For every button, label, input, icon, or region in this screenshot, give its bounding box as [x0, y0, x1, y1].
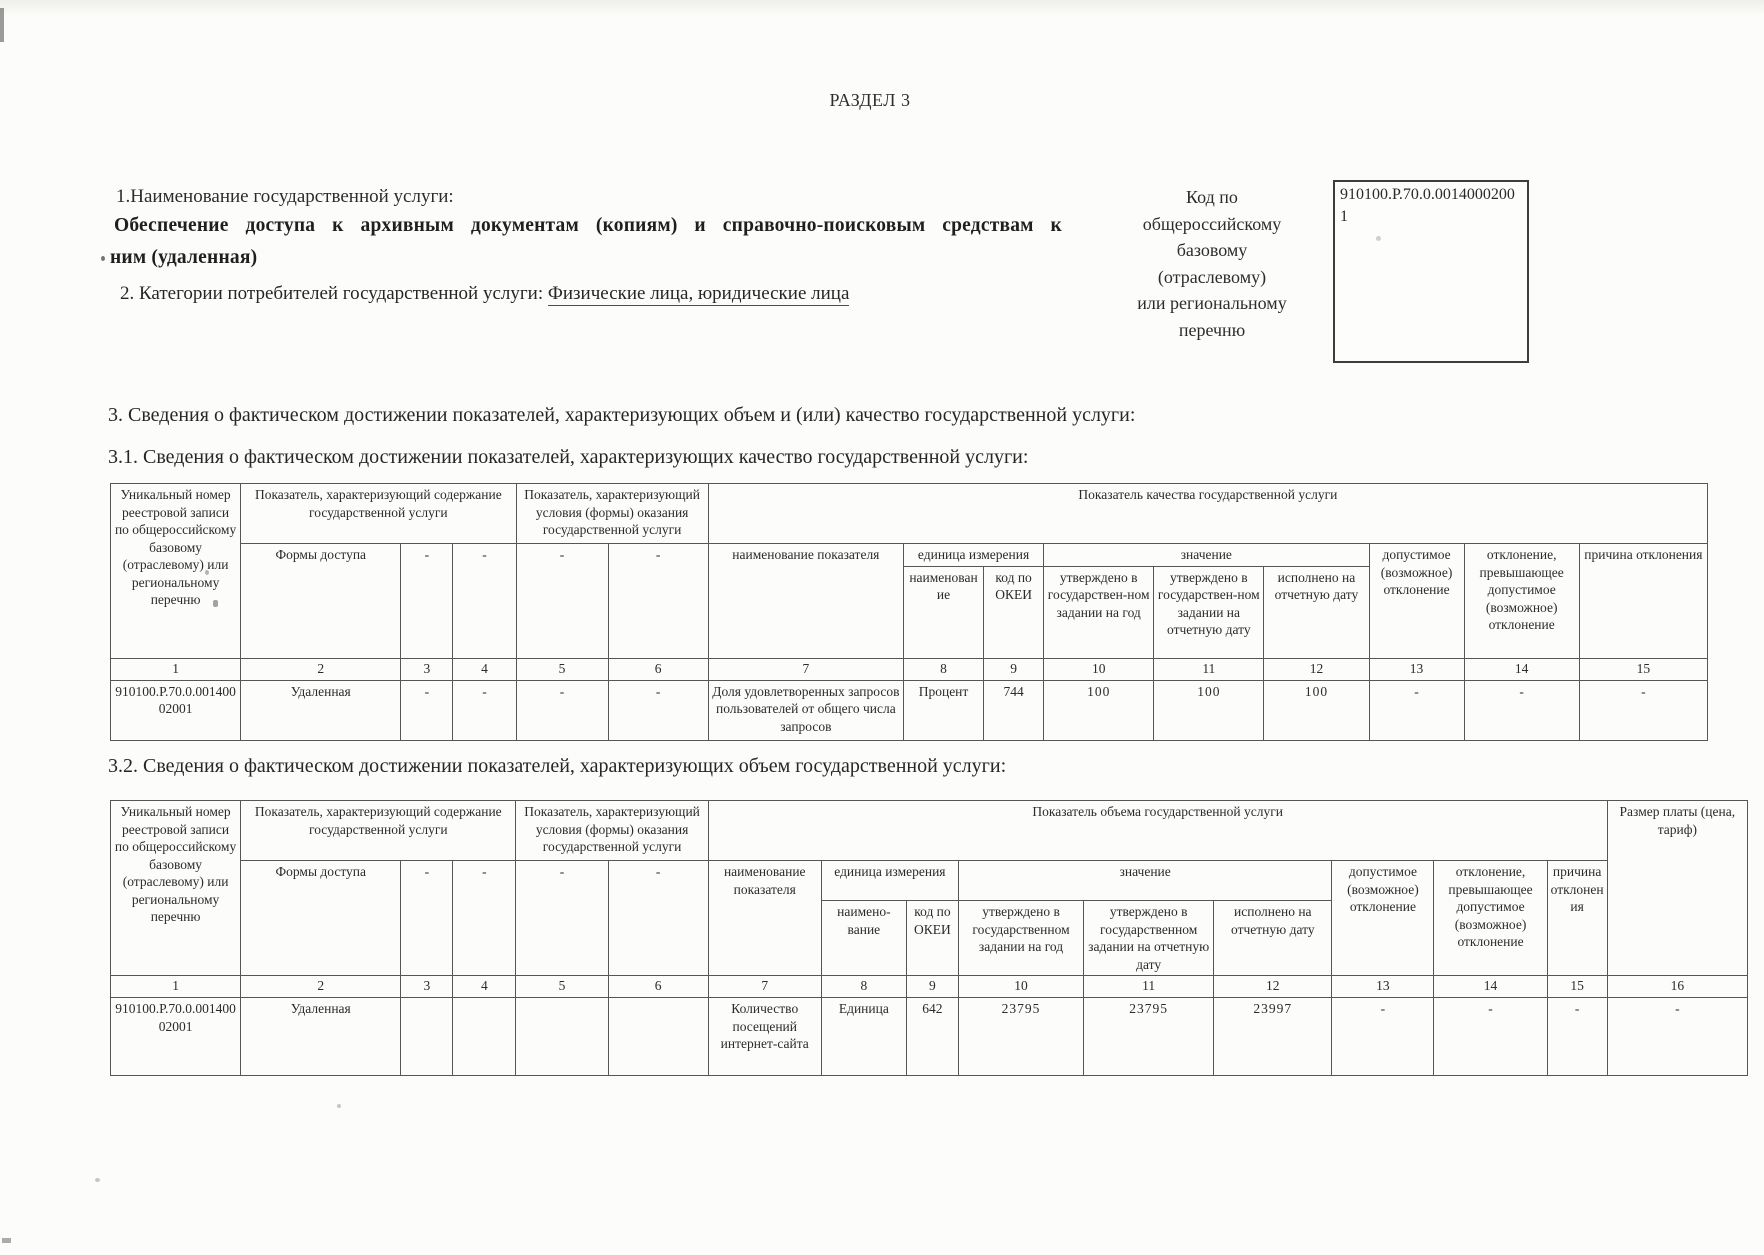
th-access-forms: Формы доступа	[241, 544, 401, 659]
page-title: РАЗДЕЛ 3	[0, 90, 1740, 111]
th-deviation-reason: причина отклонения	[1547, 861, 1607, 976]
cell-executed: 100	[1264, 680, 1369, 740]
cell-indicator: Доля удовлетворенных запросов пользовате…	[708, 680, 903, 740]
col-number: 7	[708, 976, 821, 998]
col-number: 5	[516, 658, 608, 680]
th-unit-code: код по ОКЕИ	[984, 566, 1044, 658]
col-number: 10	[958, 976, 1083, 998]
col-number: 1	[111, 976, 241, 998]
cell-empty	[608, 998, 708, 1076]
th-unit-code: код по ОКЕИ	[906, 901, 958, 976]
col-number: 4	[453, 658, 516, 680]
col-number: 14	[1464, 658, 1579, 680]
col-number: 1	[111, 658, 241, 680]
th-access-forms: Формы доступа	[241, 861, 401, 976]
th-unit-name: наимено-вание	[821, 901, 906, 976]
col-number: 12	[1214, 976, 1332, 998]
col-number: 14	[1434, 976, 1547, 998]
cell-unit-name: Процент	[903, 680, 983, 740]
section-3-1-title: 3.1. Сведения о фактическом достижении п…	[108, 446, 1028, 469]
th-content-group: Показатель, характеризующий содержание г…	[241, 484, 516, 544]
th-indicator-name: наименование показателя	[708, 544, 903, 659]
col-number: 13	[1369, 658, 1464, 680]
th-dash: -	[453, 861, 516, 976]
cell-empty	[401, 998, 453, 1076]
code-label: Код по общероссийскому базовому (отрасле…	[1088, 184, 1336, 343]
th-deviation-reason: причина отклонения	[1579, 544, 1707, 659]
th-approved-date: утверждено в государственном задании на …	[1084, 901, 1214, 976]
th-indicator-name: наименование показателя	[708, 861, 821, 976]
cell-unit-name: Единица	[821, 998, 906, 1076]
cell-unit-code: 642	[906, 998, 958, 1076]
service-name-label: 1.Наименование государственной услуги:	[116, 186, 454, 208]
cell-executed: 23997	[1214, 998, 1332, 1076]
th-executed: исполнено на отчетную дату	[1264, 566, 1369, 658]
th-value-group: значение	[958, 861, 1331, 901]
code-value: 910100.Р.70.0.00140002001	[1340, 186, 1515, 225]
col-number: 11	[1154, 658, 1264, 680]
th-dash: -	[453, 544, 516, 659]
th-dash: -	[401, 861, 453, 976]
th-dash: -	[516, 544, 608, 659]
th-dash: -	[608, 861, 708, 976]
service-name-line1: Обеспечение доступа к архивным документа…	[114, 215, 1062, 237]
th-payment: Размер платы (цена, тариф)	[1607, 801, 1747, 976]
th-dash: -	[608, 544, 708, 659]
cell-dash: -	[1579, 680, 1707, 740]
cell-empty	[453, 998, 516, 1076]
cell-unit-code: 744	[984, 680, 1044, 740]
th-allowed-deviation: допустимое (возможное) отклонение	[1332, 861, 1434, 976]
scan-artifact	[1376, 236, 1381, 241]
cell-registry: 910100.Р.70.0.00140002001	[111, 680, 241, 740]
th-content-group: Показатель, характеризующий содержание г…	[241, 801, 516, 861]
cell-dash: -	[1607, 998, 1747, 1076]
th-unit-name: наименование	[903, 566, 983, 658]
th-exceeding-deviation: отклонение, превышающее допустимое (возм…	[1434, 861, 1547, 976]
col-number: 5	[516, 976, 608, 998]
th-exceeding-deviation: отклонение, превышающее допустимое (возм…	[1464, 544, 1579, 659]
scan-artifact	[0, 8, 4, 42]
section-3-title: 3. Сведения о фактическом достижении пок…	[108, 404, 1135, 427]
col-number: 2	[241, 976, 401, 998]
th-executed: исполнено на отчетную дату	[1214, 901, 1332, 976]
th-unit-group: единица измерения	[903, 544, 1043, 567]
col-number: 12	[1264, 658, 1369, 680]
cell-empty	[516, 998, 608, 1076]
col-number: 16	[1607, 976, 1747, 998]
th-allowed-deviation: допустимое (возможное) отклонение	[1369, 544, 1464, 659]
col-number: 8	[903, 658, 983, 680]
scan-artifact	[337, 1104, 341, 1108]
col-number: 15	[1547, 976, 1607, 998]
cell-dash: -	[608, 680, 708, 740]
cell-access-form: Удаленная	[241, 680, 401, 740]
section-3-2-title: 3.2. Сведения о фактическом достижении п…	[108, 755, 1006, 778]
col-number: 6	[608, 976, 708, 998]
col-number: 6	[608, 658, 708, 680]
cell-registry: 910100.Р.70.0.00140002001	[111, 998, 241, 1076]
col-number: 9	[906, 976, 958, 998]
th-volume-group: Показатель объема государственной услуги	[708, 801, 1607, 861]
cell-dash: -	[1464, 680, 1579, 740]
col-number: 3	[401, 658, 453, 680]
th-conditions-group: Показатель, характеризующий условия (фор…	[516, 801, 708, 861]
col-number: 8	[821, 976, 906, 998]
th-dash: -	[401, 544, 453, 659]
col-number: 7	[708, 658, 903, 680]
col-number: 15	[1579, 658, 1707, 680]
consumers-label: 2. Категории потребителей государственно…	[120, 283, 543, 304]
cell-dash: -	[516, 680, 608, 740]
cell-approved-year: 100	[1044, 680, 1154, 740]
service-name-line2: ним (удаленная)	[110, 247, 257, 269]
th-registry-number: Уникальный номер реестровой записи по об…	[111, 484, 241, 659]
th-registry-number: Уникальный номер реестровой записи по об…	[111, 801, 241, 976]
scan-artifact	[2, 1238, 11, 1243]
quality-table: Уникальный номер реестровой записи по об…	[110, 483, 1708, 741]
th-dash: -	[516, 861, 608, 976]
scan-artifact	[101, 256, 105, 261]
cell-approved-date: 100	[1154, 680, 1264, 740]
scan-artifact	[95, 1178, 100, 1182]
col-number: 13	[1332, 976, 1434, 998]
scan-artifact	[213, 600, 218, 607]
th-quality-group: Показатель качества государственной услу…	[708, 484, 1707, 544]
col-number: 10	[1044, 658, 1154, 680]
th-approved-year: утверждено в государственном задании на …	[958, 901, 1083, 976]
scan-artifact	[205, 570, 209, 575]
col-number: 3	[401, 976, 453, 998]
col-number: 2	[241, 658, 401, 680]
col-number: 4	[453, 976, 516, 998]
col-number: 9	[984, 658, 1044, 680]
cell-dash: -	[453, 680, 516, 740]
th-approved-date: утверждено в государствен-ном задании на…	[1154, 566, 1264, 658]
consumers-value: Физические лица, юридические лица	[548, 283, 850, 306]
cell-dash: -	[1369, 680, 1464, 740]
th-value-group: значение	[1044, 544, 1369, 567]
cell-dash: -	[1434, 998, 1547, 1076]
cell-dash: -	[401, 680, 453, 740]
cell-dash: -	[1332, 998, 1434, 1076]
volume-table: Уникальный номер реестровой записи по об…	[110, 800, 1748, 1076]
th-unit-group: единица измерения	[821, 861, 958, 901]
cell-dash: -	[1547, 998, 1607, 1076]
cell-access-form: Удаленная	[241, 998, 401, 1076]
col-number: 11	[1084, 976, 1214, 998]
cell-approved-date: 23795	[1084, 998, 1214, 1076]
th-conditions-group: Показатель, характеризующий условия (фор…	[516, 484, 708, 544]
consumers-line: 2. Категории потребителей государственно…	[120, 283, 849, 305]
code-box: 910100.Р.70.0.00140002001	[1333, 180, 1529, 363]
th-approved-year: утверждено в государствен-ном задании на…	[1044, 566, 1154, 658]
cell-indicator: Количество посещений интернет-сайта	[708, 998, 821, 1076]
scanned-report-page: РАЗДЕЛ 3 1.Наименование государственной …	[0, 0, 1764, 1255]
cell-approved-year: 23795	[958, 998, 1083, 1076]
